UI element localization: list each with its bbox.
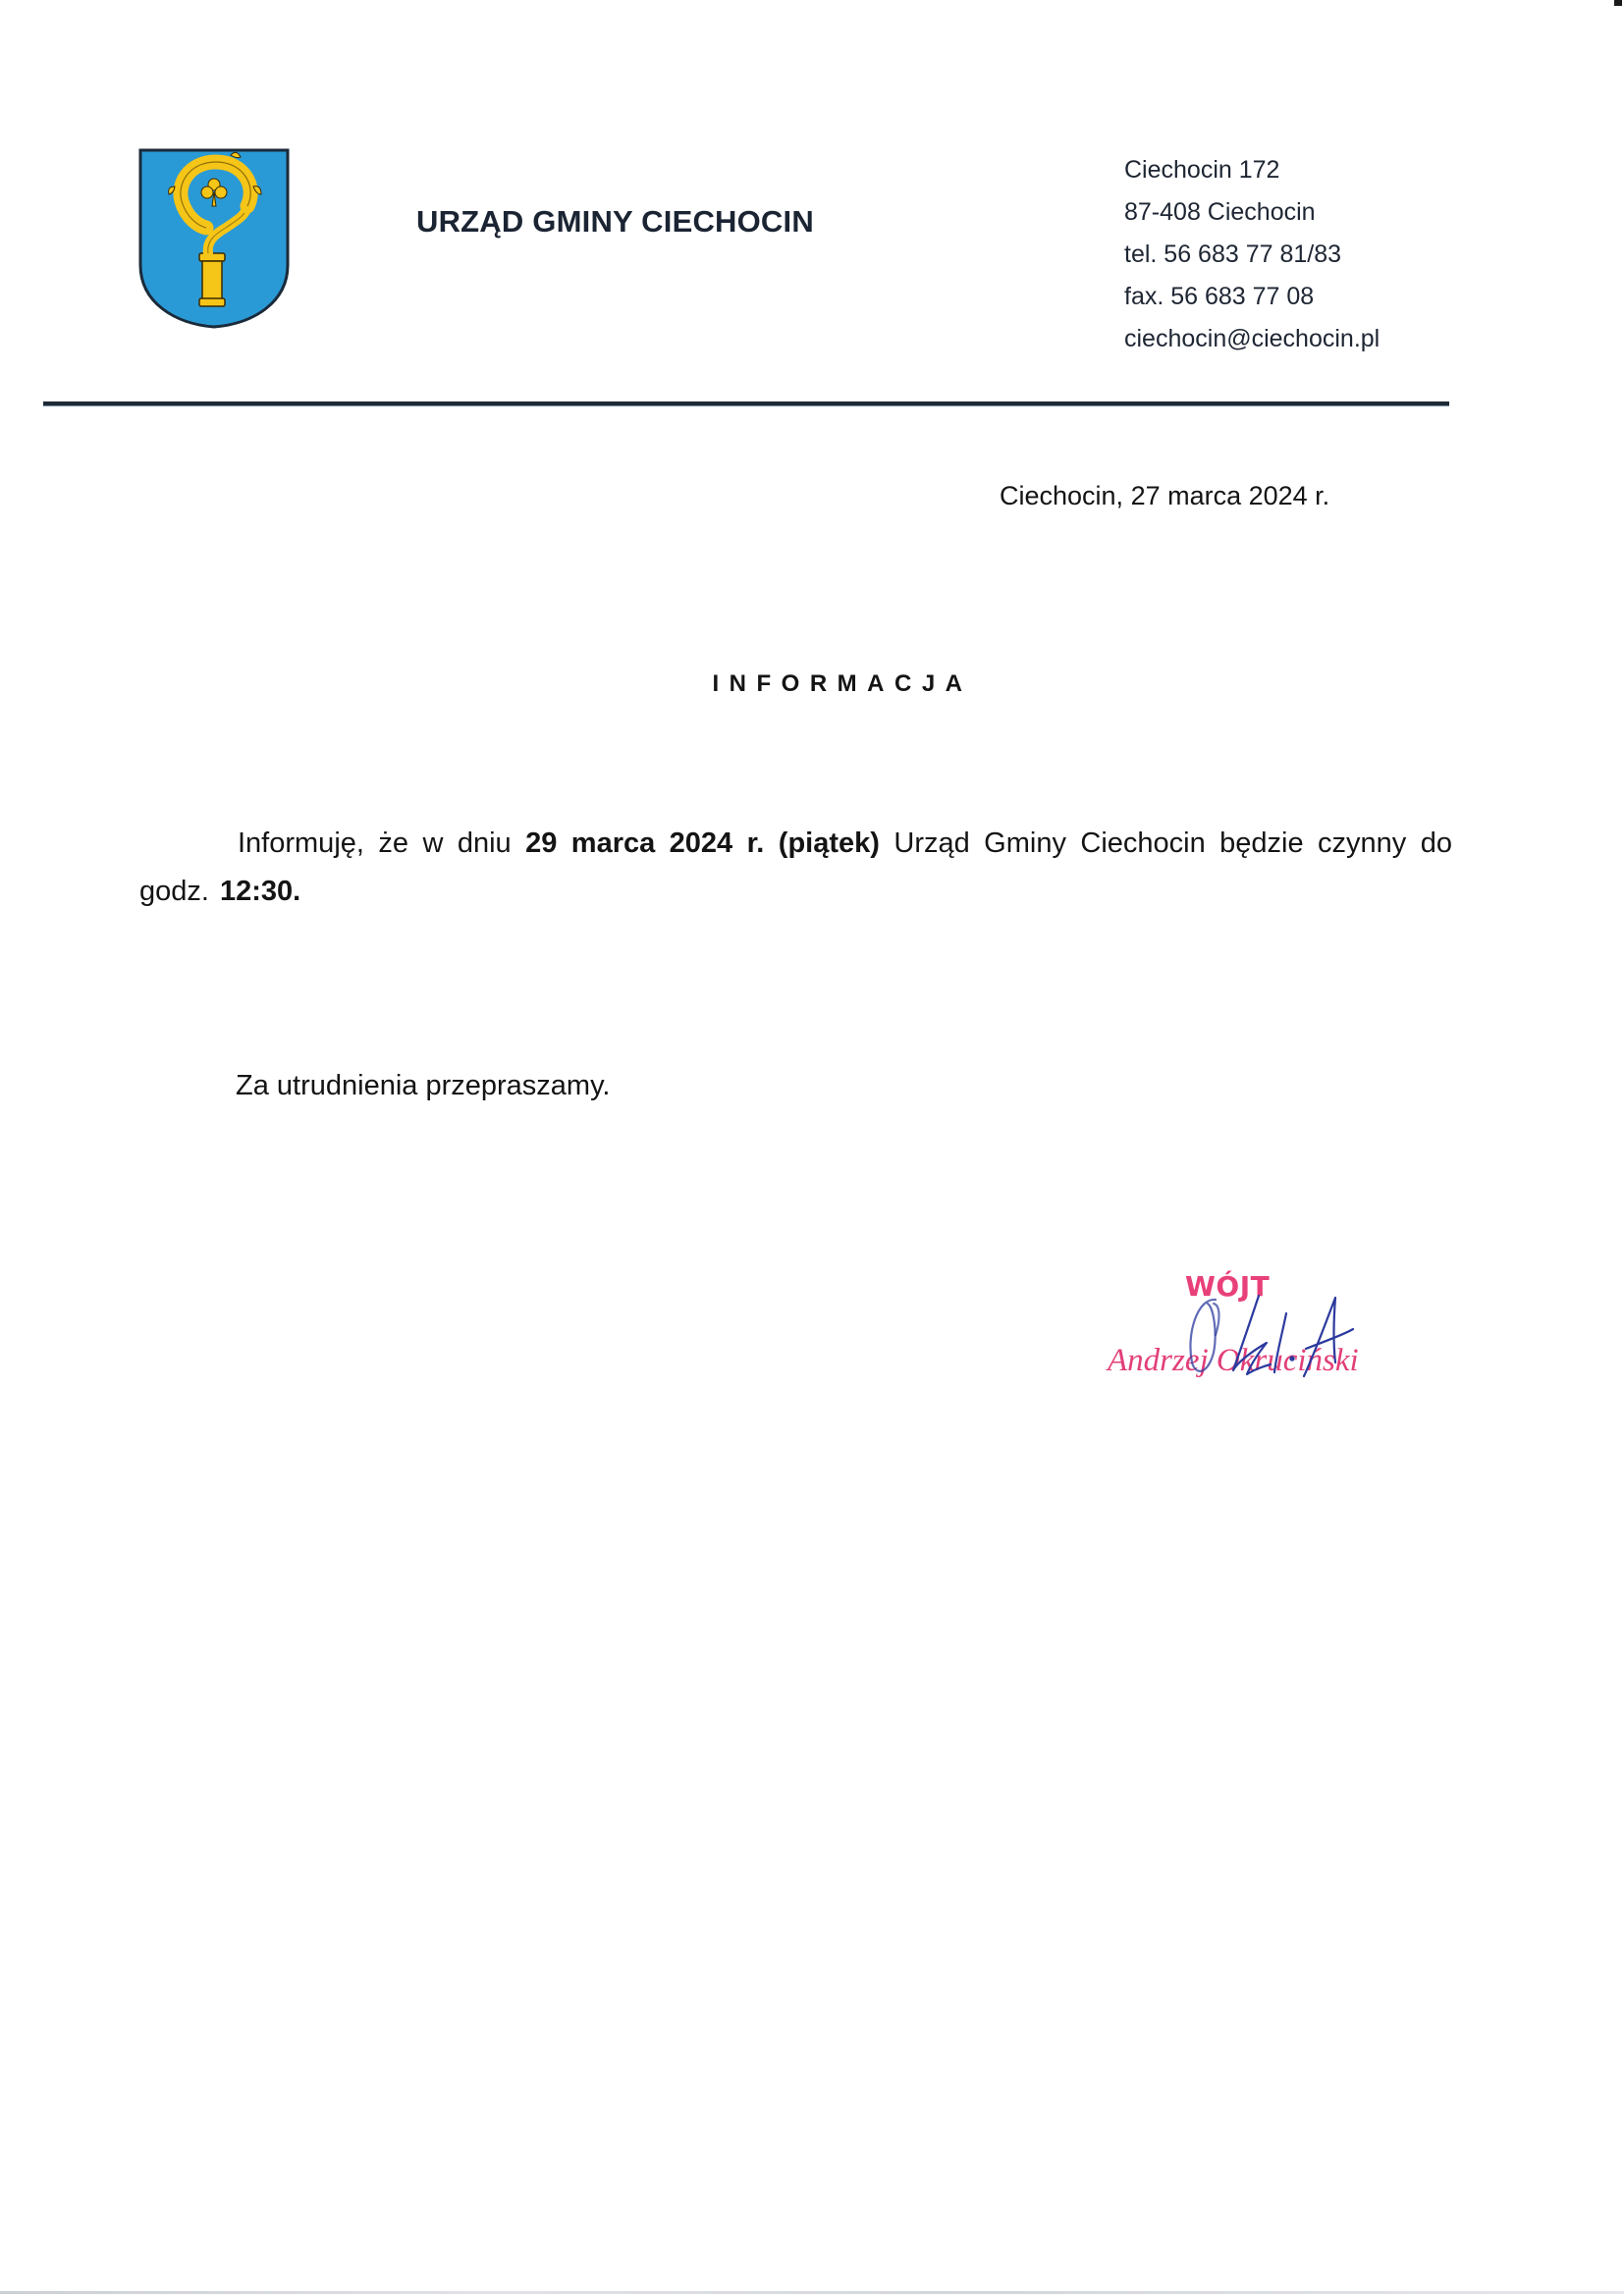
body-date-bold: 29 marca 2024 r. (piątek) xyxy=(525,828,880,859)
body-text-1: Informuję, że w dniu xyxy=(238,828,525,859)
address-block: Ciechocin 172 87-408 Ciechocin tel. 56 6… xyxy=(1124,149,1380,360)
body-paragraph: Informuję, że w dniu 29 marca 2024 r. (p… xyxy=(139,820,1452,916)
scan-bottom-edge xyxy=(0,2291,1624,2294)
closing-line: Za utrudnienia przepraszamy. xyxy=(236,1070,610,1102)
address-email: ciechocin@ciechocin.pl xyxy=(1124,318,1380,360)
address-phone: tel. 56 683 77 81/83 xyxy=(1124,234,1380,276)
coat-of-arms-icon xyxy=(137,147,291,330)
header-divider xyxy=(43,401,1449,406)
letter-date: Ciechocin, 27 marca 2024 r. xyxy=(1000,481,1329,511)
letter-heading: INFORMACJA xyxy=(0,670,1624,698)
scan-corner-mark xyxy=(1614,0,1622,6)
body-time-bold: 12:30. xyxy=(220,876,300,907)
handwritten-signature-icon xyxy=(1168,1294,1355,1382)
address-fax: fax. 56 683 77 08 xyxy=(1124,276,1380,318)
office-title: URZĄD GMINY CIECHOCIN xyxy=(416,204,814,240)
address-postal: 87-408 Ciechocin xyxy=(1124,191,1380,234)
address-street: Ciechocin 172 xyxy=(1124,149,1380,191)
